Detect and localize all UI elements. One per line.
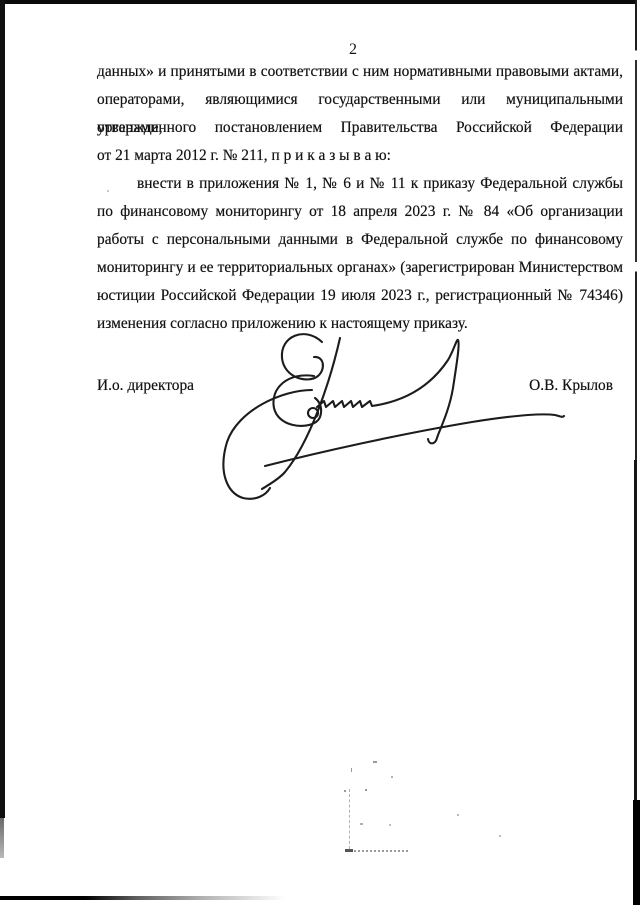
scan-speckle [499,835,501,837]
scan-border-top [0,0,637,4]
document-line: от 21 марта 2012 г. № 211, п р и к а з ы… [97,142,623,170]
document-line: юстиции Российской Федерации 19 июля 202… [97,282,623,310]
page-number: 2 [330,41,376,59]
scanned-document-page: 2 данных» и принятыми в соответствии с н… [0,0,640,905]
scan-speckle [391,776,393,778]
scan-speckle [389,824,391,826]
scan-border-bottom [0,896,285,900]
document-body: данных» и принятыми в соответствии с ним… [97,58,623,338]
scan-border-right-mid [634,460,637,800]
scan-speckle [345,849,353,852]
signer-position-title: И.о. директора [97,377,194,395]
document-line: данных» и принятыми в соответствии с ним… [97,58,623,86]
document-line: утвержденного постановлением Правительст… [97,114,623,142]
scan-border-right-thin [635,0,637,460]
scan-border-right-thick [633,800,640,905]
scan-speckle-line-vertical [349,789,350,849]
document-line: операторами, являющимися государственным… [97,86,623,114]
scan-border-left [0,0,5,818]
scan-border-left-fade [0,818,4,858]
document-line: внести в приложения № 1, № 6 и № 11 к пр… [97,170,623,198]
scan-speckle [107,190,109,192]
scan-speckle [373,761,377,763]
scan-speckle [360,823,363,825]
scan-speckle [457,814,459,816]
document-line: мониторингу и ее территориальных органах… [97,254,623,282]
handwritten-signature [210,332,570,522]
scan-speckle [365,789,367,791]
scan-speckle [351,768,352,772]
document-line: работы с персональными данными в Федерал… [97,226,623,254]
scan-speckle [344,790,346,792]
scan-speckle-line-horizontal [346,850,408,852]
document-line: по финансовому мониторингу от 18 апреля … [97,198,623,226]
